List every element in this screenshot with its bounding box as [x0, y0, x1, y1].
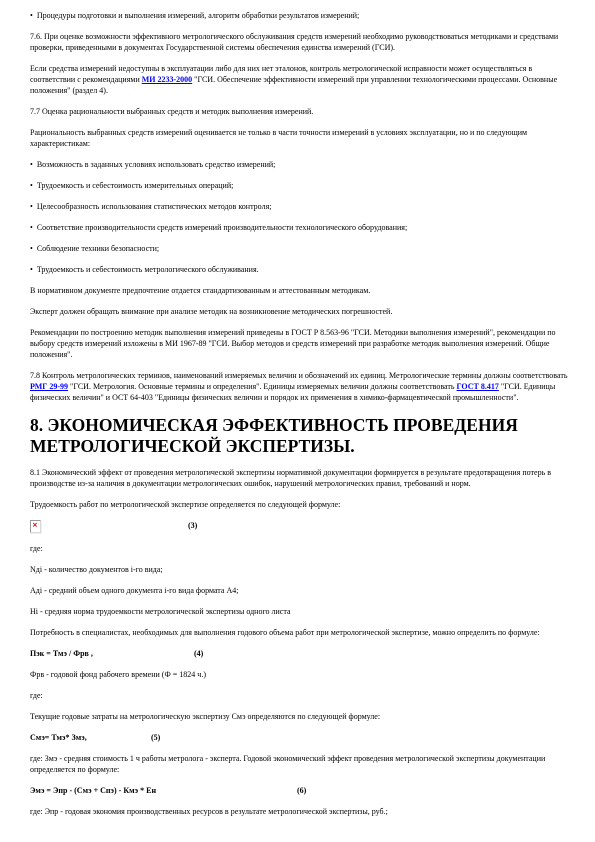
paragraph-where-epr: где: Эпр - годовая экономия производстве… [30, 806, 569, 817]
formula-3-row: ×(3) [30, 520, 569, 533]
where-label-1: где: [30, 543, 569, 554]
paragraph-expert: Эксперт должен обращать внимание при ана… [30, 306, 569, 317]
definition-hi: Hi - средняя норма трудоемкости метролог… [30, 606, 569, 617]
link-gost-8-417[interactable]: ГОСТ 8.417 [457, 382, 499, 391]
section-8-heading: 8. ЭКОНОМИЧЕСКАЯ ЭФФЕКТИВНОСТЬ ПРОВЕДЕНИ… [30, 415, 569, 457]
document-page: Процедуры подготовки и выполнения измере… [0, 0, 595, 842]
formula-4-number: (4) [194, 649, 203, 658]
paragraph-7-7: 7.7 Оценка рациональности выбранных сред… [30, 106, 569, 117]
definition-adi: Aдi - средний объем одного документа i-г… [30, 585, 569, 596]
paragraph-specialists-need: Потребность в специалистах, необходимых … [30, 627, 569, 638]
link-mi-2233-2000[interactable]: МИ 2233-2000 [142, 75, 192, 84]
bullet-item-possibility: Возможность в заданных условиях использо… [30, 159, 569, 170]
formula-5-row: Смэ= Тмэ* Змэ,(5) [30, 732, 569, 743]
formula-4-expression: Пэк = Тмэ / Фрв , [30, 648, 194, 659]
formula-5-number: (5) [151, 733, 160, 742]
link-rmg-29-99[interactable]: РМГ 29-99 [30, 382, 68, 391]
bullet-item-statistical-methods: Целесообразность использования статистич… [30, 201, 569, 212]
paragraph-8-1: 8.1 Экономический эффект от проведения м… [30, 467, 569, 489]
formula-5-expression: Смэ= Тмэ* Змэ, [30, 732, 151, 743]
paragraph-where-zme: где: Змэ - средняя стоимость 1 ч работы … [30, 753, 569, 775]
paragraph-normative-doc: В нормативном документе предпочтение отд… [30, 285, 569, 296]
broken-image-icon: × [30, 520, 41, 533]
paragraph-current-costs: Текущие годовые затраты на метрологическ… [30, 711, 569, 722]
formula-6-expression: Эмэ = Эпр - (Смэ + Спэ) - Кмэ * Ен [30, 785, 297, 796]
definition-ndi: Nдi - количество документов i-го вида; [30, 564, 569, 575]
bullet-item-productivity: Соответствие производительности средств … [30, 222, 569, 233]
paragraph-recommendations: Рекомендации по построению методик выпол… [30, 327, 569, 360]
bullet-item-safety: Соблюдение техники безопасности; [30, 243, 569, 254]
paragraph-7-6: 7.6. При оценке возможности эффективного… [30, 31, 569, 53]
broken-image-x-glyph: × [32, 521, 38, 529]
paragraph-labor-intensity: Трудоемкость работ по метрологической эк… [30, 499, 569, 510]
paragraph-7-6-note: Если средства измерений недоступны в экс… [30, 63, 569, 96]
paragraph-7-8: 7.8 Контроль метрологических терминов, н… [30, 370, 569, 403]
paragraph-text: "ГСИ. Метрология. Основные термины и опр… [68, 382, 456, 391]
definition-frv: Фрв - годовой фонд рабочего времени (Ф =… [30, 669, 569, 680]
formula-4-row: Пэк = Тмэ / Фрв ,(4) [30, 648, 569, 659]
bullet-item-labor-cost-ops: Трудоемкость и себестоимость измерительн… [30, 180, 569, 191]
formula-6-number: (6) [297, 786, 306, 795]
bullet-procedures: Процедуры подготовки и выполнения измере… [30, 10, 569, 21]
paragraph-rationality: Рациональность выбранных средств измерен… [30, 127, 569, 149]
bullet-item-maintenance-cost: Трудоемкость и себестоимость метрологиче… [30, 264, 569, 275]
paragraph-text: 7.8 Контроль метрологических терминов, н… [30, 371, 567, 380]
formula-6-row: Эмэ = Эпр - (Смэ + Спэ) - Кмэ * Ен(6) [30, 785, 569, 796]
where-label-2: где: [30, 690, 569, 701]
formula-3-number: (3) [188, 521, 197, 530]
